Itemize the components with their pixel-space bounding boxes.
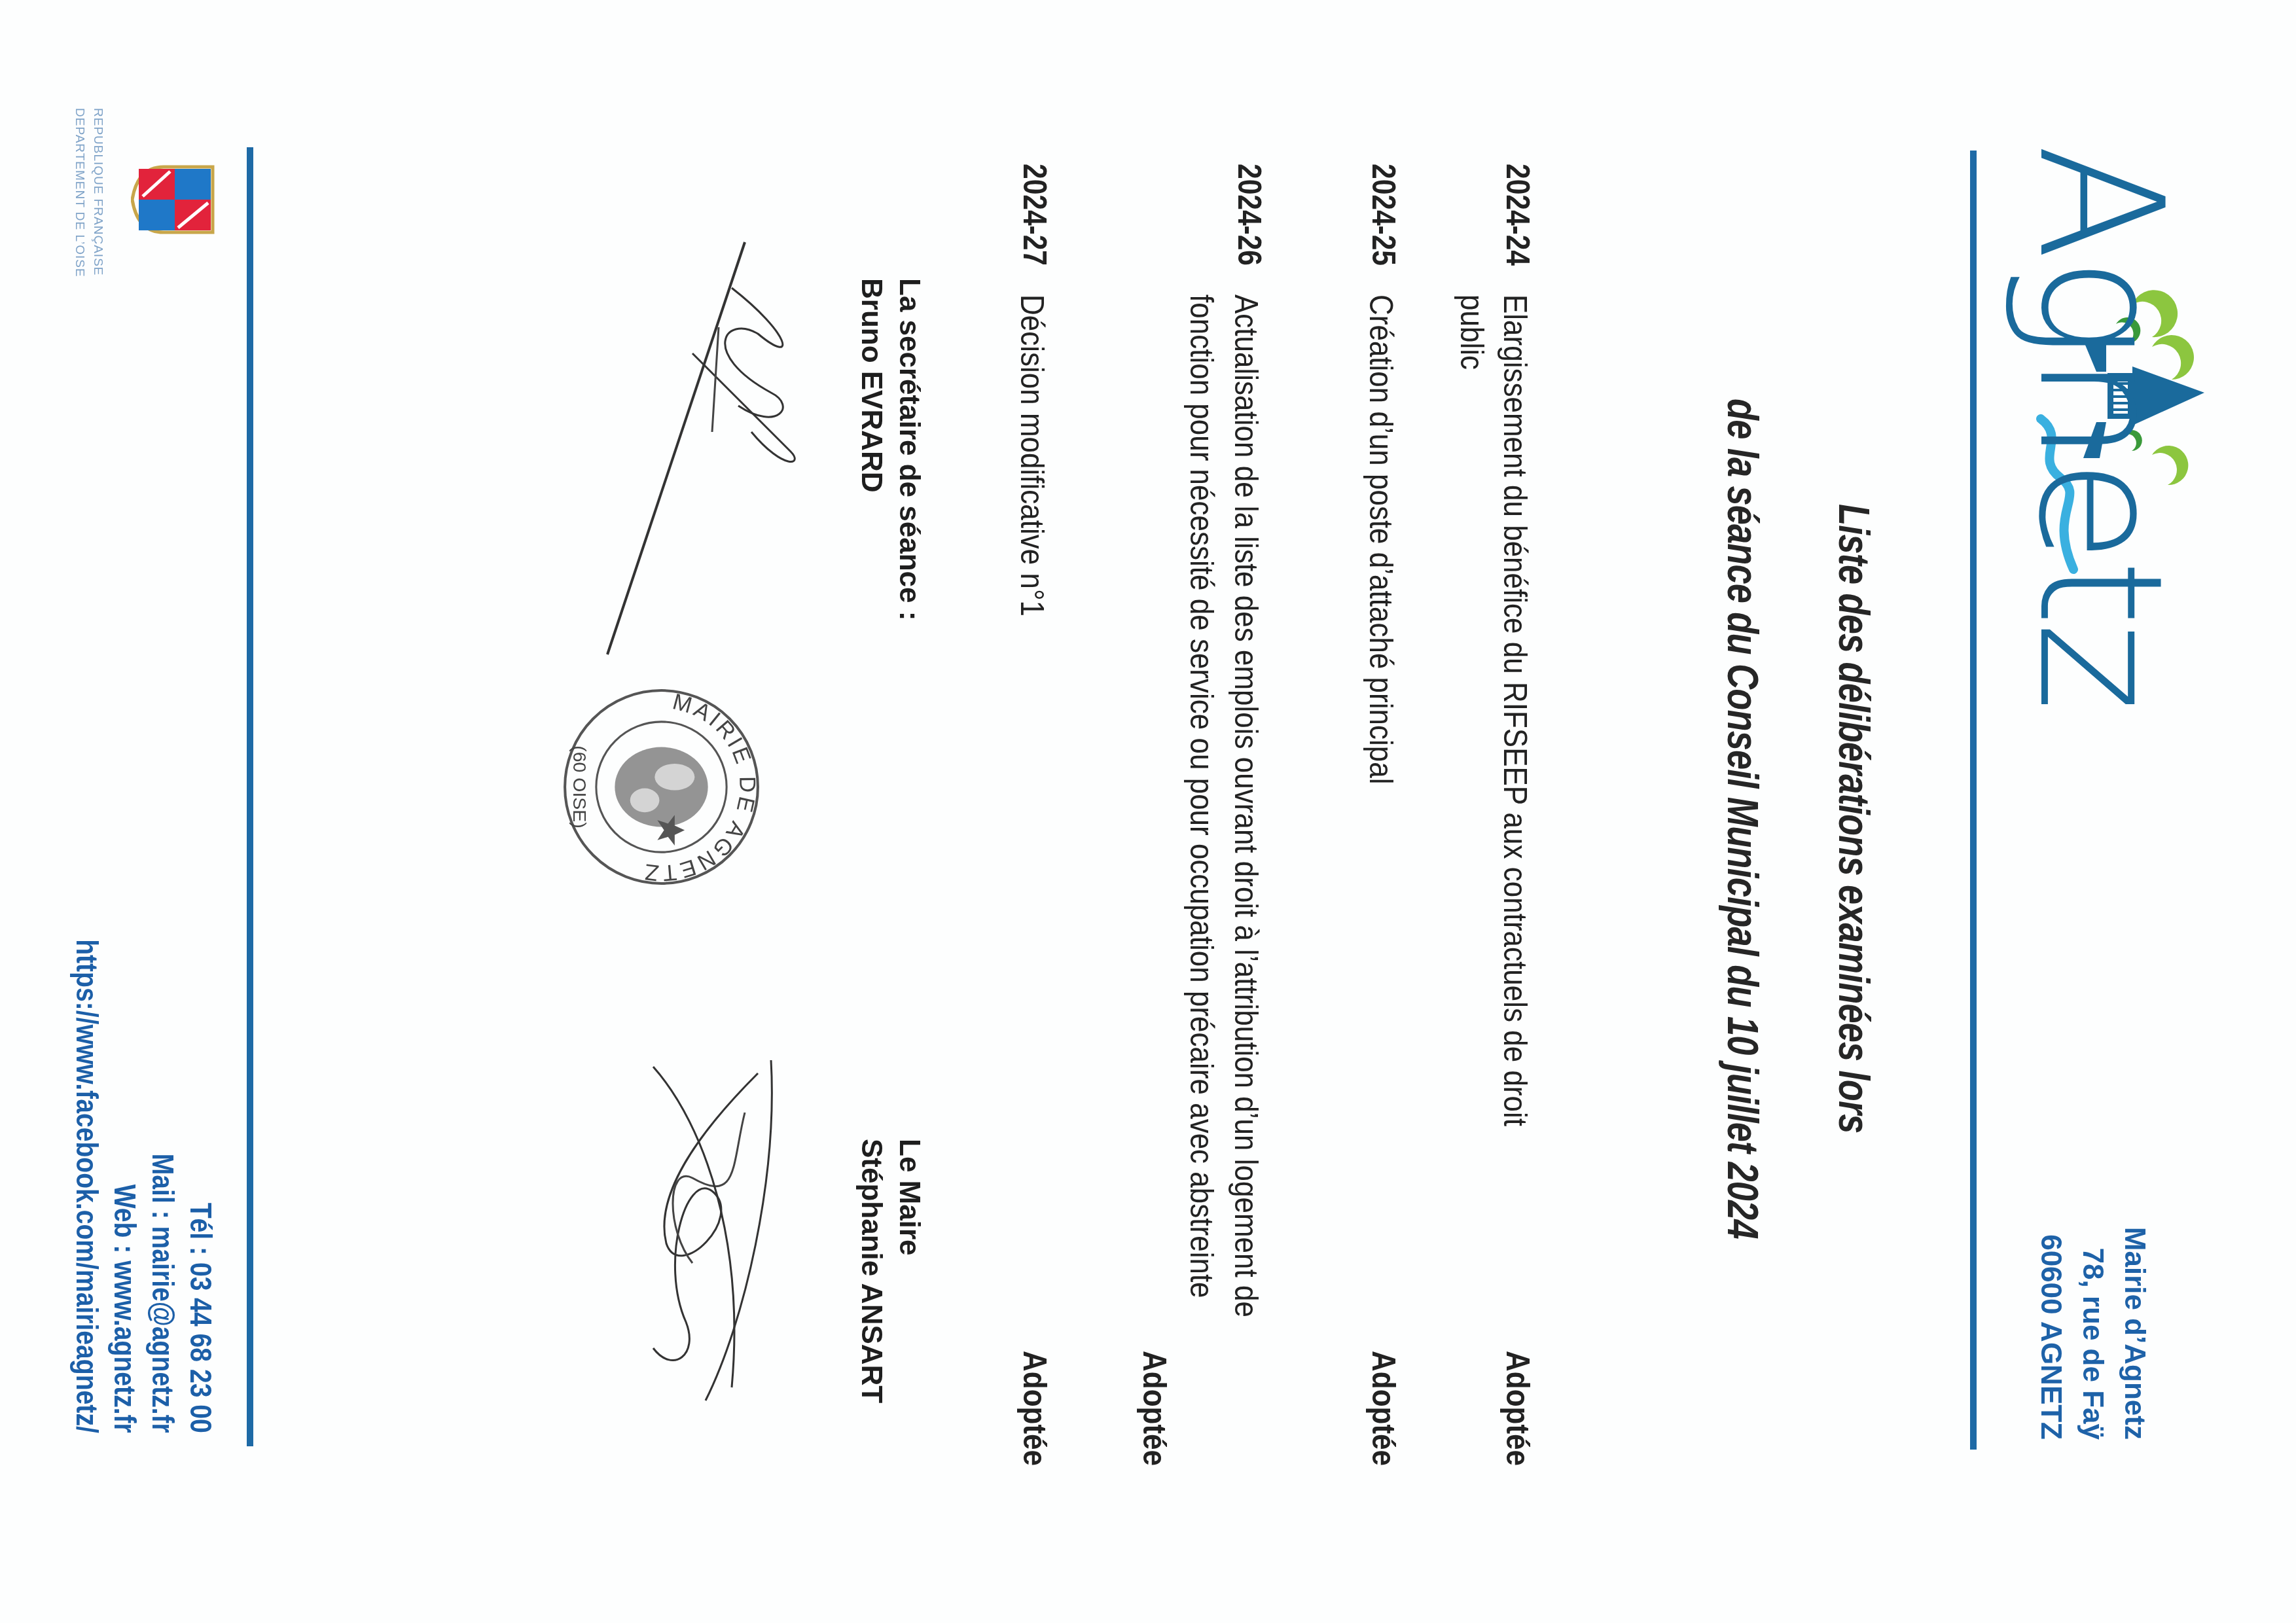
footer-rule: [247, 147, 253, 1446]
republic-label: REPUBLIQUE FRANÇAISE DEPARTEMENT DE L’OI…: [70, 108, 107, 277]
contact-email-link[interactable]: Mail : mairie@agnetz.fr: [144, 939, 182, 1433]
mayor-handwritten-signature: [634, 1047, 784, 1414]
mayor-role: Le Maire: [890, 1139, 928, 1403]
official-stamp: MAIRIE DE AGNETZ (60 OISE): [562, 687, 761, 887]
contact-web-link[interactable]: Web : www.agnetz.fr: [106, 939, 144, 1433]
deliberation-status: Adoptée: [1365, 1351, 1403, 1466]
address-line: Mairie d’Agnetz: [2113, 1227, 2155, 1440]
title-line-2: de la séance du Conseil Municipal du 10 …: [1687, 153, 1799, 1484]
address-line: 78, rue de Faÿ: [2072, 1227, 2113, 1440]
mairie-address: Mairie d’Agnetz 78, rue de Faÿ 60600 AGN…: [2030, 1227, 2155, 1440]
secretary-role: La secrétaire de séance :: [890, 278, 928, 620]
deliberation-status: Adoptée: [1136, 1351, 1174, 1466]
address-line: 60600 AGNETZ: [2030, 1227, 2072, 1440]
coat-of-arms-icon: [131, 164, 216, 236]
deliberation-number: 2024-24: [1499, 164, 1537, 266]
contact-facebook-link[interactable]: https://www.facebook.com/mairieagnetz/: [68, 939, 106, 1433]
deliberation-label: Elargissement du bénéfice du RIFSEEP aux…: [1450, 294, 1537, 1193]
deliberation-number: 2024-27: [1016, 164, 1054, 266]
stamp-dept: (60 OISE): [569, 745, 590, 829]
deliberation-label: Création d’un poste d’attaché principal: [1359, 294, 1403, 1296]
logo-wordmark: Agnetz: [2015, 144, 2185, 707]
document-title: Liste des délibérations examinées lors d…: [1687, 153, 1910, 1484]
deliberation-status: Adoptée: [1016, 1351, 1054, 1466]
republic-line: DEPARTEMENT DE L’OISE: [70, 108, 88, 277]
agnetz-logo: Agnetz: [2005, 144, 2231, 576]
header-rule: [1970, 151, 1977, 1450]
deliberation-status: Adoptée: [1499, 1351, 1537, 1466]
deliberation-number: 2024-26: [1230, 164, 1268, 266]
deliberation-label: Décision modificative n°1: [1011, 294, 1054, 1296]
deliberation-number: 2024-25: [1365, 164, 1403, 266]
deliberation-label: Actualisation de la liste des emplois ou…: [1179, 294, 1268, 1377]
republic-line: REPUBLIQUE FRANÇAISE: [88, 108, 107, 277]
contact-info: Tél : 03 44 68 23 00 Mail : mairie@agnet…: [68, 939, 220, 1433]
secretary-handwritten-signature: [594, 236, 869, 661]
document-page: Agnetz Mairie d’Agnetz 78, rue de Faÿ 60…: [0, 0, 2296, 1623]
contact-phone: Tél : 03 44 68 23 00: [182, 939, 220, 1433]
mayor-name: Stéphanie ANSART: [852, 1139, 890, 1403]
mayor-signature-block: Le Maire Stéphanie ANSART: [852, 1139, 928, 1403]
title-line-1: Liste des délibérations examinées lors: [1799, 153, 1910, 1484]
